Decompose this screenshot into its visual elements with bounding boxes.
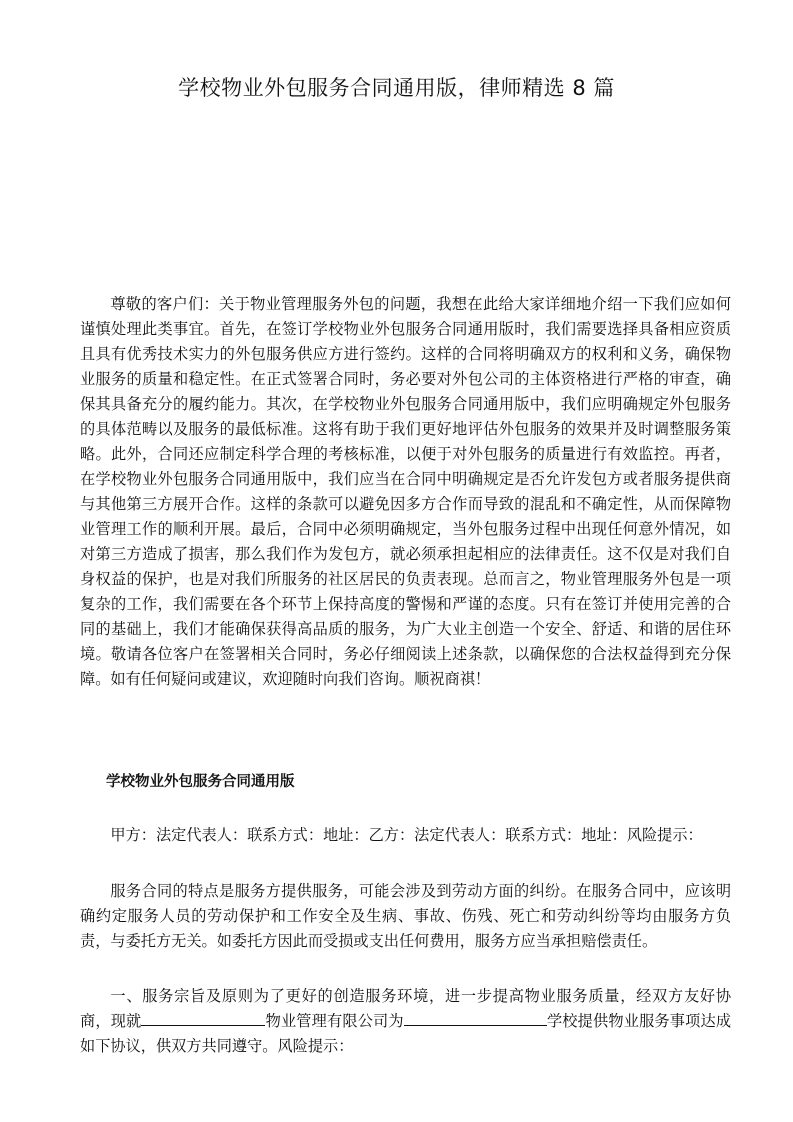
- clause-one-section: 一、服务宗旨及原则为了更好的创造服务环境，进一步提高物业服务质量，经双方友好协商…: [80, 984, 731, 1059]
- clause-one-text-2: 物业管理有限公司为: [265, 1012, 403, 1030]
- school-name-blank: [404, 1010, 547, 1026]
- intro-paragraph: 尊敬的客户们：关于物业管理服务外包的问题，我想在此给大家详细地介绍一下我们应如何…: [80, 292, 731, 692]
- intro-section: 尊敬的客户们：关于物业管理服务外包的问题，我想在此给大家详细地介绍一下我们应如何…: [80, 292, 731, 692]
- parties-section: 甲方：法定代表人：联系方式：地址：乙方：法定代表人：联系方式：地址：风险提示：: [80, 823, 731, 848]
- section-heading: 学校物业外包服务合同通用版: [106, 771, 295, 793]
- clause-one-paragraph: 一、服务宗旨及原则为了更好的创造服务环境，进一步提高物业服务质量，经双方友好协商…: [80, 984, 731, 1059]
- service-contract-note: 服务合同的特点是服务方提供服务，可能会涉及到劳动方面的纠纷。在服务合同中，应该明…: [80, 879, 731, 954]
- document-title: 学校物业外包服务合同通用版，律师精选 8 篇: [0, 73, 793, 103]
- parties-line: 甲方：法定代表人：联系方式：地址：乙方：法定代表人：联系方式：地址：风险提示：: [80, 823, 731, 848]
- property-company-blank: [141, 1010, 265, 1026]
- service-note-section: 服务合同的特点是服务方提供服务，可能会涉及到劳动方面的纠纷。在服务合同中，应该明…: [80, 879, 731, 954]
